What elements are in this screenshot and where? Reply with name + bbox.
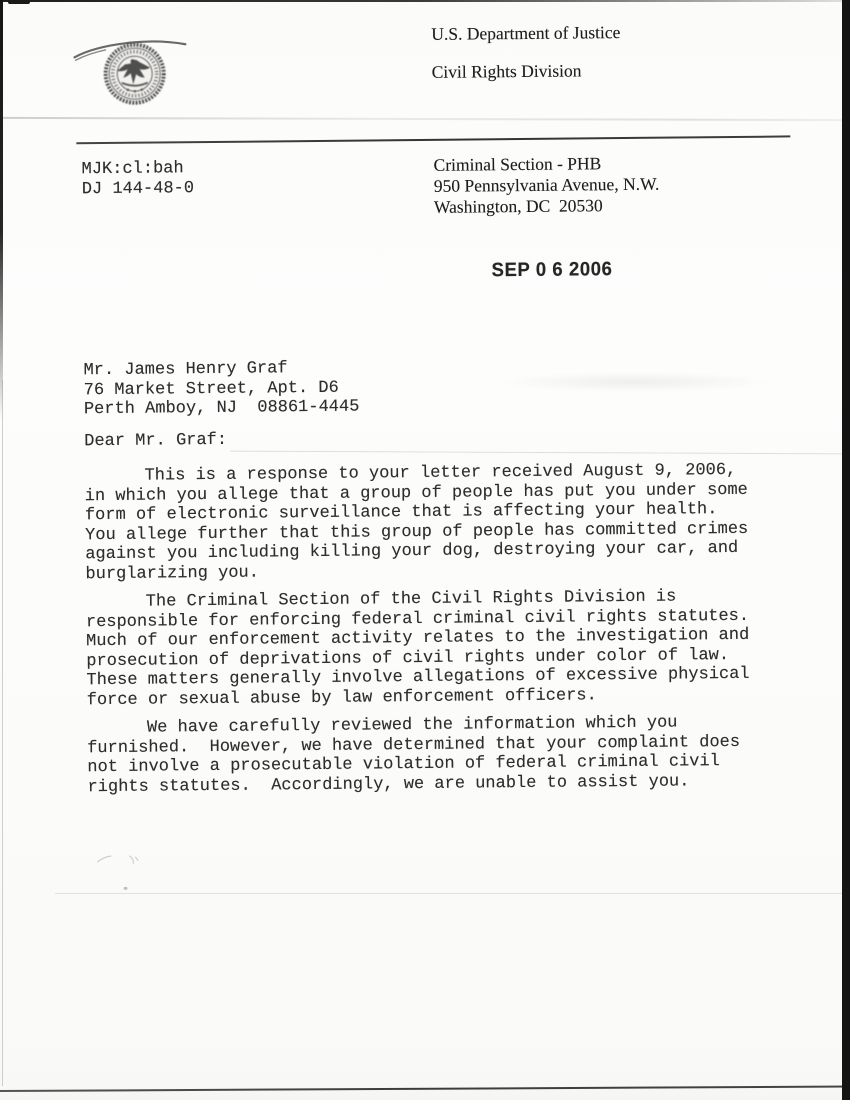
office-address-line: 950 Pennsylvania Avenue, N.W.: [434, 174, 660, 197]
pencil-dot-mark: [124, 887, 128, 890]
scanned-letter-page: U.S. Department of Justice Civil Rights …: [0, 0, 850, 1100]
recipient-line: Perth Amboy, NJ 08861-4445: [84, 398, 360, 420]
reference-block: MJK:cl:bah DJ 144-48-0: [82, 159, 195, 199]
reference-line: DJ 144-48-0: [82, 179, 194, 200]
letterhead-division: Civil Rights Division: [432, 60, 582, 82]
scan-edge-notch: [8, 0, 30, 4]
pen-scribble-mark: [71, 32, 189, 65]
salutation: Dear Mr. Graf:: [84, 431, 227, 452]
recipient-address-block: Mr. James Henry Graf 76 Market Street, A…: [83, 359, 359, 420]
body-paragraph-1: This is a response to your letter receiv…: [84, 461, 775, 585]
recipient-line: Mr. James Henry Graf: [83, 359, 359, 381]
office-address-block: Criminal Section - PHB 950 Pennsylvania …: [433, 153, 659, 218]
reference-line: MJK:cl:bah: [82, 159, 194, 180]
scan-edge-left: [0, 0, 3, 420]
body-paragraph-3: We have carefully reviewed the informati…: [87, 713, 778, 798]
recipient-line: 76 Market Street, Apt. D6: [84, 378, 360, 400]
office-address-line: Washington, DC 20530: [434, 195, 660, 218]
date-stamp: SEP 0 6 2006: [492, 258, 613, 282]
letterhead-agency: U.S. Department of Justice: [431, 22, 620, 45]
letter-content: U.S. Department of Justice Civil Rights …: [0, 0, 850, 1100]
scan-edge-top: [0, 0, 842, 2]
letterhead-rule: [76, 135, 790, 144]
pencil-smudge-marks: [93, 847, 183, 874]
paper-crease: [55, 893, 850, 894]
office-address-line: Criminal Section - PHB: [433, 153, 659, 176]
scan-smudge: [500, 372, 770, 392]
body-paragraph-2: The Criminal Section of the Civil Rights…: [86, 587, 777, 711]
paper-edge-left: [2, 380, 3, 1086]
scan-edge-right: [842, 0, 850, 1100]
